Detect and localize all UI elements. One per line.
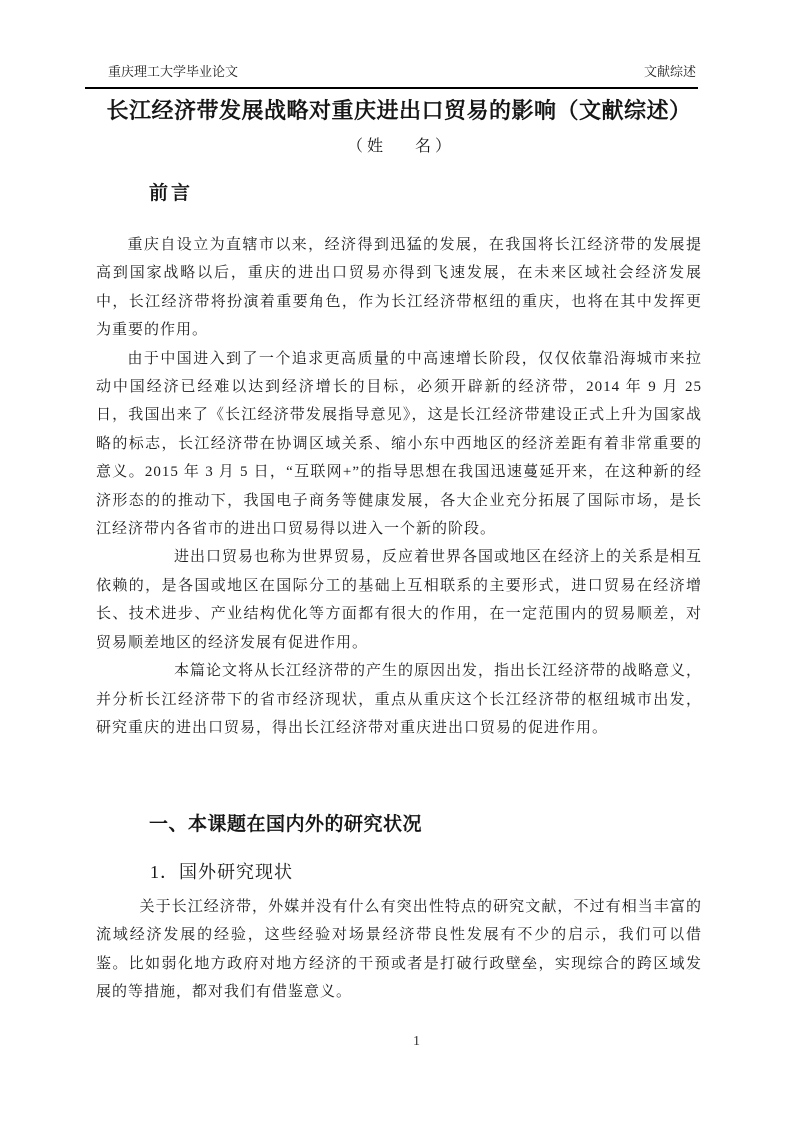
section-1-subheading: 1．国外研究现状	[150, 858, 293, 884]
section-1-paragraph-1: 关于长江经济带，外媒并没有什么有突出性特点的研究文献，不过有相当丰富的流域经济发…	[96, 893, 702, 1007]
foreword-paragraph-1: 重庆自设立为直辖市以来，经济得到迅猛的发展，在我国将长江经济带的发展提高到国家战…	[96, 231, 702, 345]
foreword-heading: 前言	[149, 178, 193, 205]
document-title: 长江经济带发展战略对重庆进出口贸易的影响（文献综述）	[96, 94, 702, 125]
foreword-section: 重庆自设立为直辖市以来，经济得到迅猛的发展，在我国将长江经济带的发展提高到国家战…	[96, 231, 702, 742]
section-1-heading: 一、本课题在国内外的研究状况	[149, 809, 422, 836]
section-1-body: 关于长江经济带，外媒并没有什么有突出性特点的研究文献，不过有相当丰富的流域经济发…	[96, 893, 702, 1007]
header-left-text: 重庆理工大学毕业论文	[108, 61, 238, 80]
foreword-paragraph-3: 进出口贸易也称为世界贸易，反应着世界各国或地区在经济上的关系是相互依赖的，是各国…	[96, 543, 702, 657]
foreword-paragraph-4: 本篇论文将从长江经济带的产生的原因出发，指出长江经济带的战略意义，并分析长江经济…	[96, 657, 702, 742]
author-byline: （ 姓 名 ）	[96, 133, 702, 156]
document-page: 重庆理工大学毕业论文 文献综述 长江经济带发展战略对重庆进出口贸易的影响（文献综…	[0, 0, 793, 1122]
foreword-paragraph-2: 由于中国进入到了一个追求更高质量的中高速增长阶段，仅仅依靠沿海城市来拉动中国经济…	[96, 345, 702, 544]
header-right-text: 文献综述	[644, 61, 696, 80]
page-number: 1	[96, 1034, 737, 1050]
page-header: 重庆理工大学毕业论文 文献综述	[85, 56, 698, 89]
